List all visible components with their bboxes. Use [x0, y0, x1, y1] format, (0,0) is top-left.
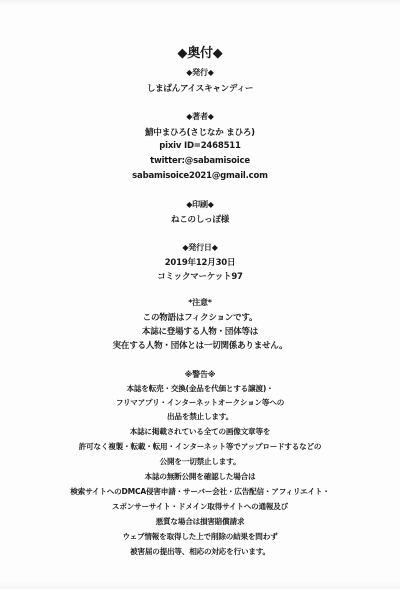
warning-line-3: 出品を禁止します。	[0, 411, 400, 422]
author-pixiv-id: pixiv ID=2468511	[0, 141, 400, 151]
notice-line-2: 本誌に登場する人物・団体等は	[0, 325, 400, 337]
notice-header: *注意*	[0, 297, 400, 308]
author-name: 鯖中まひろ(さじなか まひろ)	[0, 126, 400, 138]
warning-line-12: 被害届の提出等、相応の対応を行います。	[0, 546, 400, 557]
warning-line-1: 本誌を転売・交換(金品を代価とする譲渡)・	[0, 383, 400, 394]
notice-line-1: この物語はフィクションです。	[0, 311, 400, 323]
publisher-header: ◆発行◆	[0, 67, 400, 78]
warning-line-7: 本誌の無断公開を確認した場合は	[0, 471, 400, 482]
warning-line-11: ウェブ情報を取得した上で削除の結果を問わず	[0, 531, 400, 542]
author-header: ◆著者◆	[0, 111, 400, 122]
colophon-title: ◆奥付◆	[0, 42, 400, 61]
author-twitter: twitter:@sabamisoice	[0, 156, 400, 166]
issue-date: 2019年12月30日	[0, 256, 400, 268]
warning-line-9: スポンサーサイト・ドメイン取得サイトへの通報及び	[0, 501, 400, 512]
warning-header: ※警告※	[0, 369, 400, 380]
issue-date-header: ◆発行日◆	[0, 242, 400, 253]
warning-line-8: 検索サイトへのDMCA侵害申請・サーバー会社・広告配信・アフィリエイト・	[0, 486, 400, 497]
warning-line-2: フリマアプリ・インターネットオークション等への	[0, 397, 400, 408]
warning-line-5: 許可なく複製・転載・転用・インターネット等でアップロードするなどの	[0, 441, 400, 452]
author-email: sabamisoice2021@gmail.com	[0, 171, 400, 181]
notice-line-3: 実在する人物・団体とは一切関係ありません。	[0, 339, 400, 351]
printer-header: ◆印刷◆	[0, 199, 400, 210]
warning-line-6: 公開を一切禁止します。	[0, 456, 400, 467]
issue-event: コミックマーケット97	[0, 270, 400, 282]
printer-name: ねこのしっぽ様	[0, 213, 400, 225]
colophon-page: ◆奥付◆ ◆発行◆ しまぱんアイスキャンディー ◆著者◆ 鯖中まひろ(さじなか …	[0, 0, 400, 589]
publisher-name: しまぱんアイスキャンディー	[0, 82, 400, 94]
warning-line-4: 本誌に掲載されている全ての画像文章等を	[0, 426, 400, 437]
warning-line-10: 悪質な場合は損害賠償請求	[0, 516, 400, 527]
